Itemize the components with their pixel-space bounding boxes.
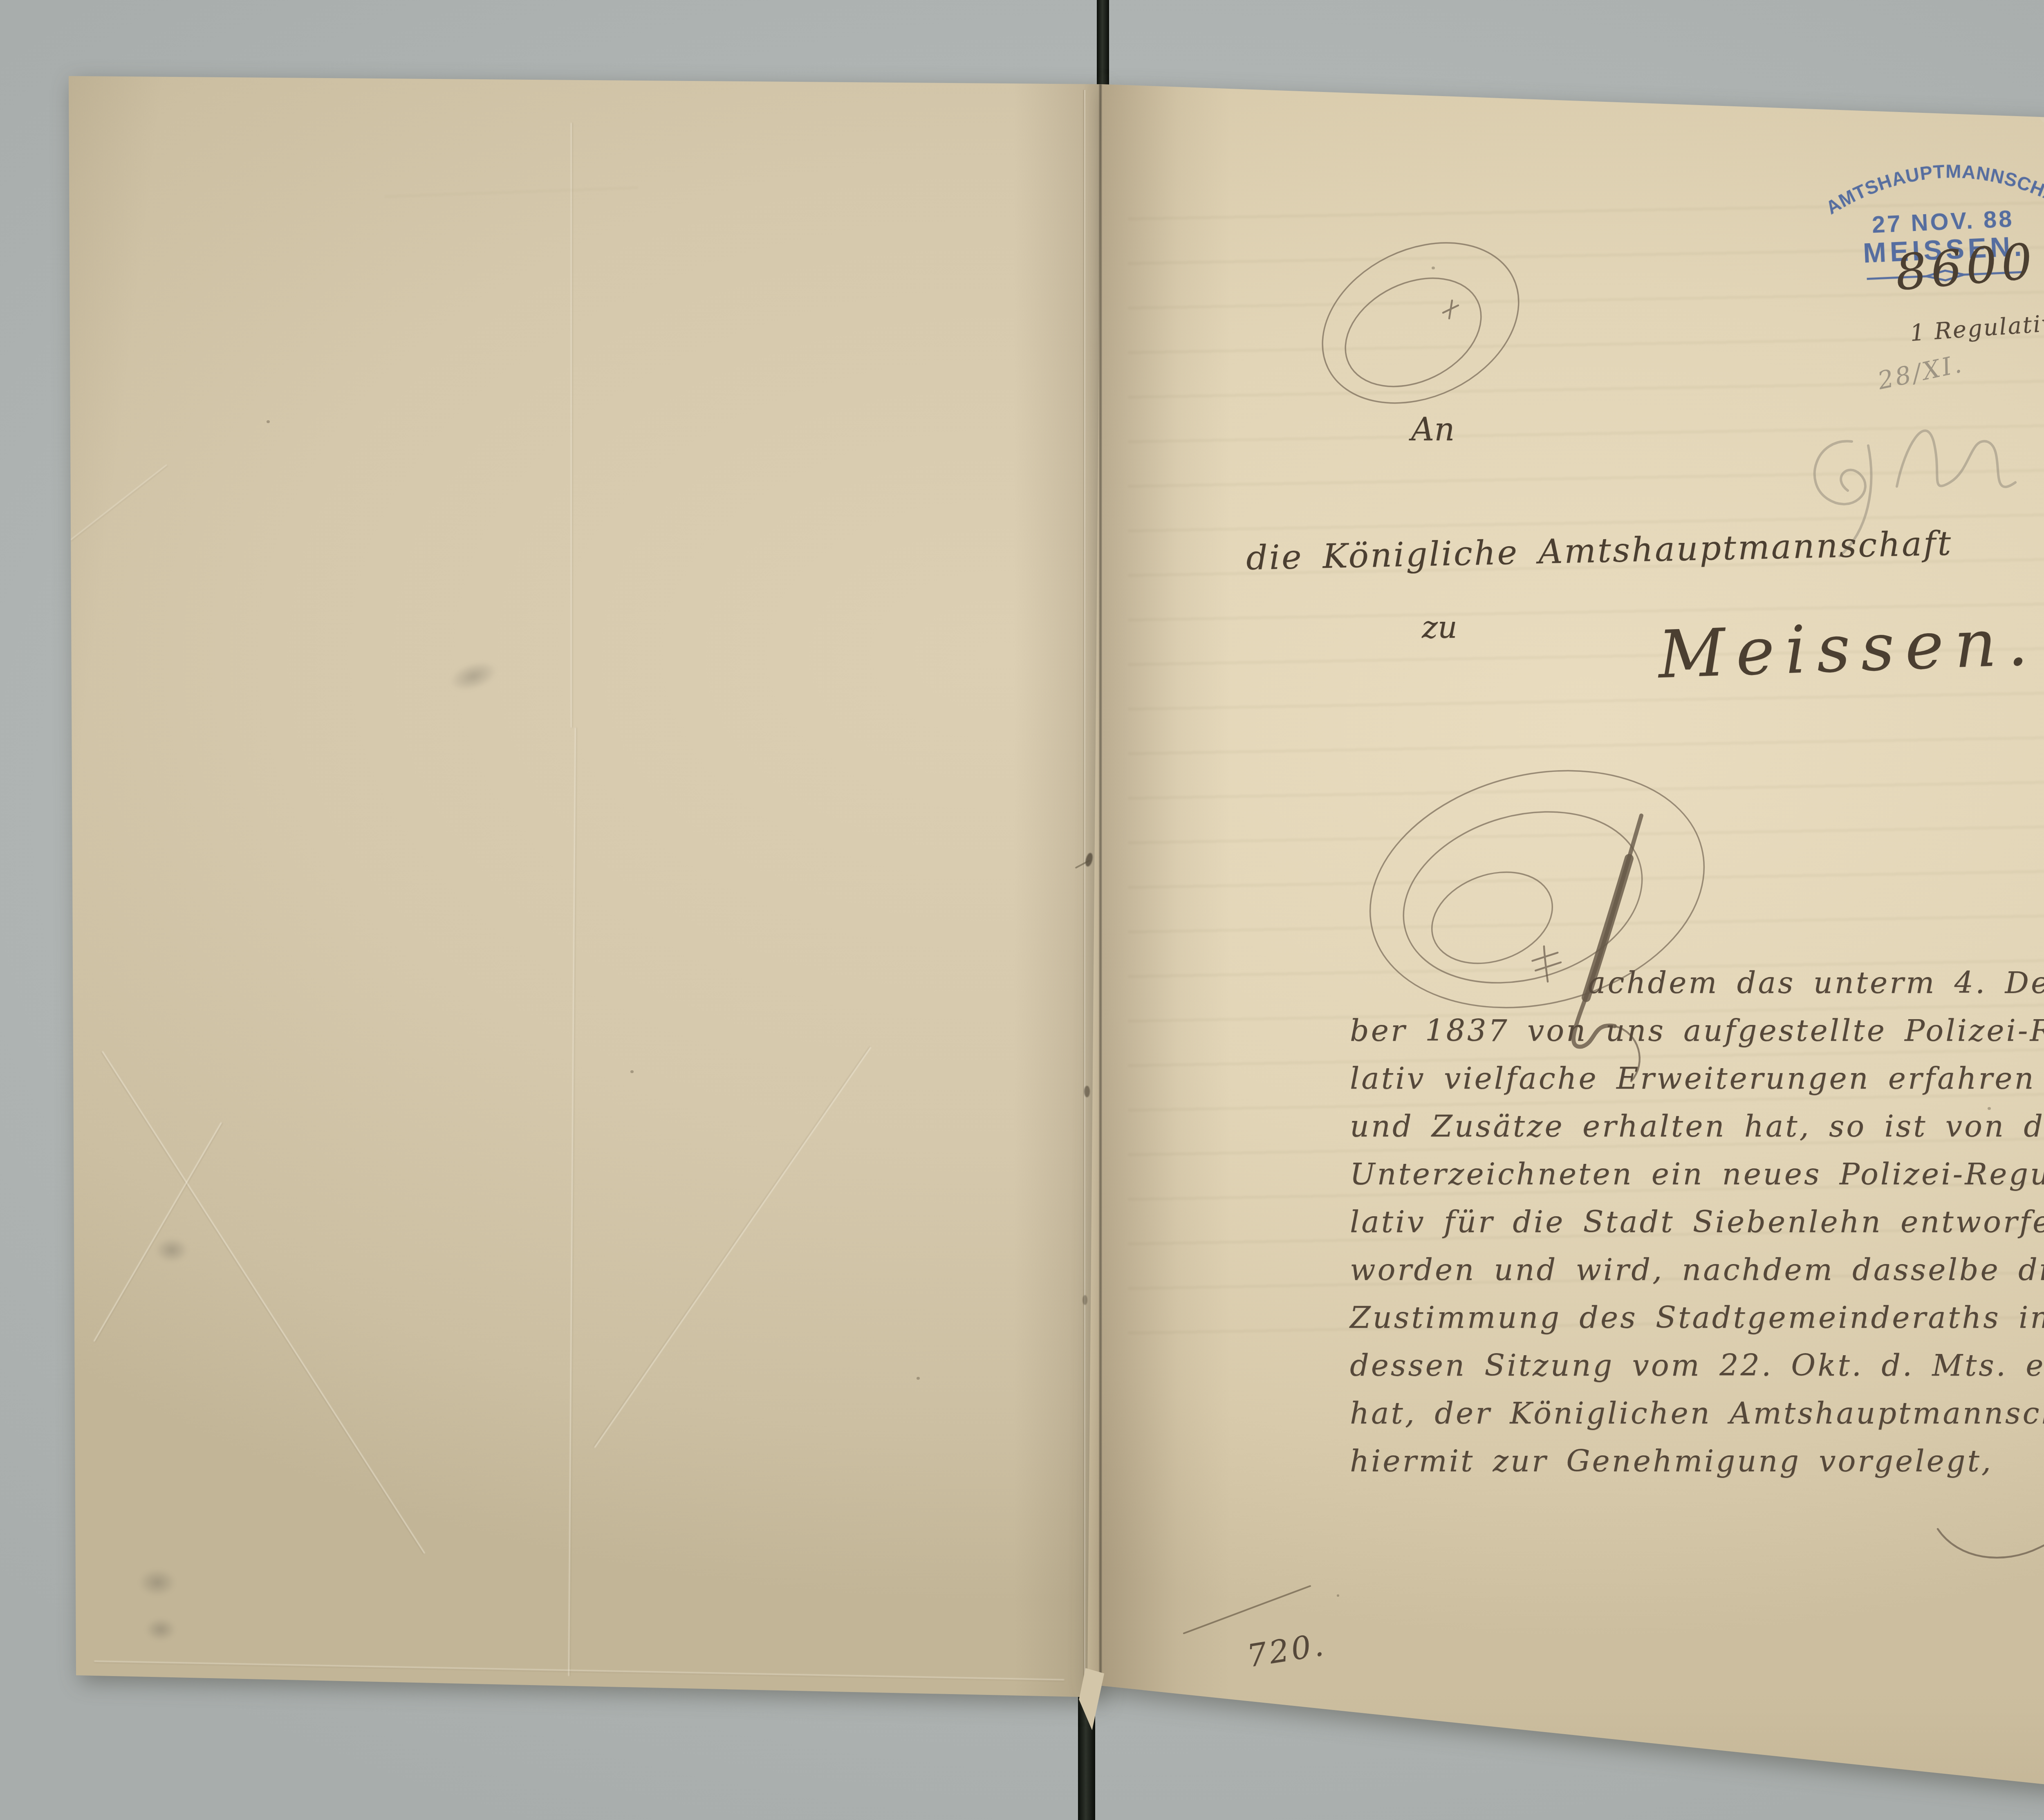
- address-line3: Meissen.: [1657, 603, 2040, 693]
- address-line2: zu: [1422, 610, 1457, 645]
- body-line: worden und wird, nachdem dasselbe die: [1350, 1253, 2044, 1287]
- speck: [1337, 1594, 1339, 1597]
- body-line: lativ für die Stadt Siebenlehn entworfen: [1350, 1205, 2044, 1239]
- address-salutation: An: [1411, 411, 1455, 448]
- right-page-letter: K. AMTSHAUPTMANNSCHAFT 27 NOV. 88 MEISSE…: [0, 0, 2044, 1820]
- body-line: Unterzeichneten ein neues Polizei-Regu-: [1350, 1157, 2044, 1192]
- body-line: Zustimmung des Stadtgemeinderaths in: [1350, 1300, 2044, 1335]
- body-line: hiermit zur Genehmigung vorgelegt,: [1350, 1444, 1993, 1479]
- archive-photo-scene: K. AMTSHAUPTMANNSCHAFT 27 NOV. 88 MEISSE…: [0, 0, 2044, 1820]
- body-line: achdem das unterm 4. Dezem-: [1588, 966, 2044, 1000]
- docket-stroke: [1183, 1585, 1311, 1634]
- right-page-wrap: K. AMTSHAUPTMANNSCHAFT 27 NOV. 88 MEISSE…: [0, 0, 2044, 1820]
- body-line: ber 1837 von uns aufgestellte Polizei-Re…: [1350, 1013, 2044, 1048]
- body-line: hat, der Königlichen Amtshauptmannschaft: [1350, 1396, 2044, 1431]
- closing-flourish-icon: [1934, 1513, 2044, 1570]
- body-line: dessen Sitzung vom 22. Okt. d. Mts. erha…: [1350, 1348, 2044, 1383]
- body-line: und Zusätze erhalten hat, so ist von dem: [1350, 1109, 2044, 1144]
- body-line: lativ vielfache Erweiterungen erfahren: [1350, 1061, 2036, 1096]
- docket-number: 720.: [1244, 1626, 1328, 1674]
- spine-gap-shadow: [1099, 84, 1102, 1685]
- pencil-signature-icon: [1880, 388, 2028, 523]
